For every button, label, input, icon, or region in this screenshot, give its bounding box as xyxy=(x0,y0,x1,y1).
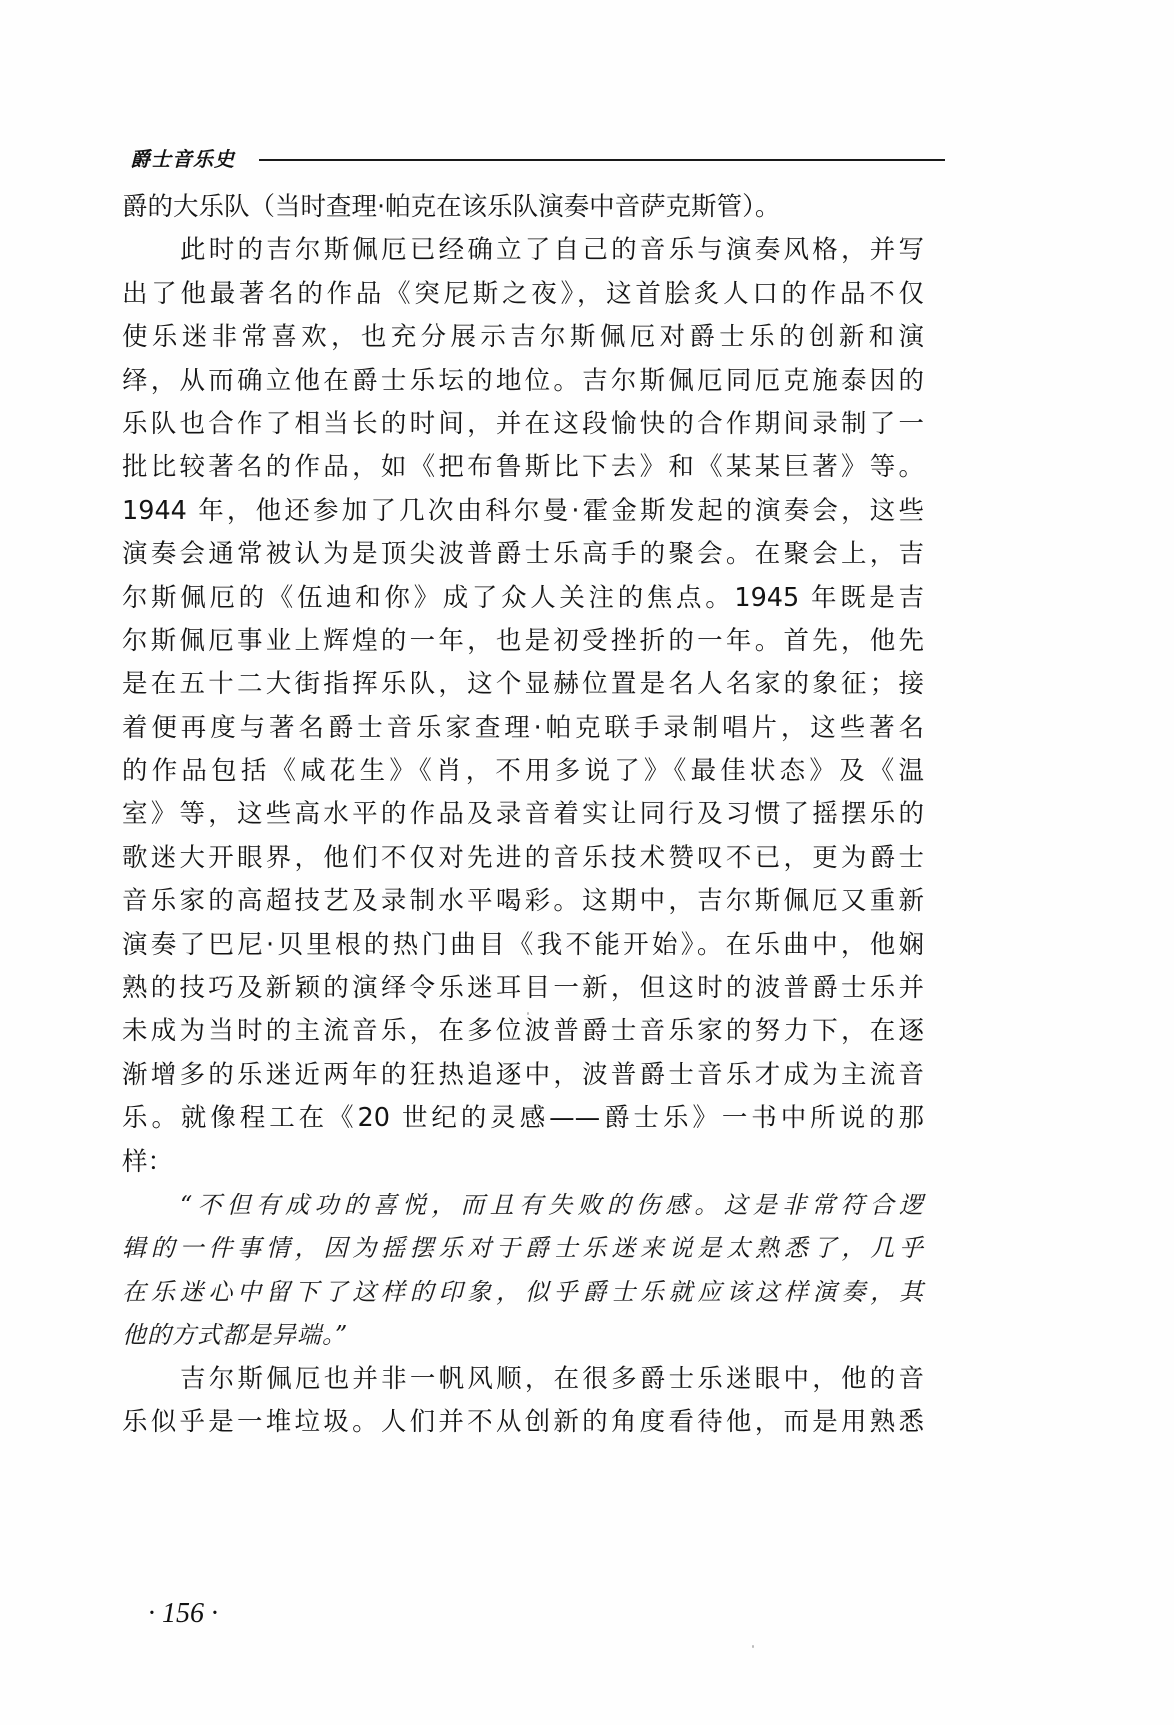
text-line: 的作品包括《咸花生》《肖，不用多说了》《最佳状态》及《温 xyxy=(122,750,924,793)
running-title: 爵士音乐史 xyxy=(130,143,235,172)
paragraph-start-line: 此时的吉尔斯佩厄已经确立了自己的音乐与演奏风格，并写 xyxy=(122,229,924,272)
text-line: 未成为当时的主流音乐，在多位波普爵士音乐家的努力下，在逐 xyxy=(122,1010,924,1053)
quote-start-line: “不但有成功的喜悦，而且有失败的伤感。这是非常符合逻 xyxy=(122,1184,924,1227)
text-line: 尔斯佩厄事业上辉煌的一年，也是初受挫折的一年。首先，他先 xyxy=(122,620,924,663)
quote-line: 辑的一件事情，因为摇摆乐对于爵士乐迷来说是太熟悉了，几乎 xyxy=(122,1227,924,1270)
text-line: 音乐家的高超技艺及录制水平喝彩。这期中，吉尔斯佩厄又重新 xyxy=(122,880,924,923)
text-line: 出了他最著名的作品《突尼斯之夜》，这首脍炙人口的作品不仅 xyxy=(122,273,924,316)
text-line: 使乐迷非常喜欢，也充分展示吉尔斯佩厄对爵士乐的创新和演 xyxy=(122,316,924,359)
text-line: 渐增多的乐迷近两年的狂热追逐中，波普爵士音乐才成为主流音 xyxy=(122,1054,924,1097)
text-line: 乐队也合作了相当长的时间，并在这段愉快的合作期间录制了一 xyxy=(122,403,924,446)
scan-speck xyxy=(527,1012,529,1015)
text-line: 尔斯佩厄的《伍迪和你》成了众人关注的焦点。1945 年既是吉 xyxy=(122,577,924,620)
text-line: 是在五十二大街指挥乐队，这个显赫位置是名人名家的象征；接 xyxy=(122,663,924,706)
text-line: 演奏会通常被认为是顶尖波普爵士乐高手的聚会。在聚会上，吉 xyxy=(122,533,924,576)
text-line: 熟的技巧及新颖的演绎令乐迷耳目一新，但这时的波普爵士乐并 xyxy=(122,967,924,1010)
paragraph-start-line: 吉尔斯佩厄也并非一帆风顺，在很多爵士乐迷眼中，他的音 xyxy=(122,1358,924,1401)
header-rule xyxy=(259,159,945,161)
text-line: 样： xyxy=(122,1141,924,1184)
body-text: 爵的大乐队（当时查理·帕克在该乐队演奏中音萨克斯管）。 此时的吉尔斯佩厄已经确立… xyxy=(122,186,924,1444)
book-page: 爵士音乐史 爵的大乐队（当时查理·帕克在该乐队演奏中音萨克斯管）。 此时的吉尔斯… xyxy=(0,0,1174,1725)
text-line: 演奏了巴尼·贝里根的热门曲目《我不能开始》。在乐曲中，他娴 xyxy=(122,924,924,967)
text-line: 歌迷大开眼界，他们不仅对先进的音乐技术赞叹不已，更为爵士 xyxy=(122,837,924,880)
text-line: 着便再度与著名爵士音乐家查理·帕克联手录制唱片，这些著名 xyxy=(122,707,924,750)
text-line: 爵的大乐队（当时查理·帕克在该乐队演奏中音萨克斯管）。 xyxy=(122,186,924,229)
text-line: 1944 年，他还参加了几次由科尔曼·霍金斯发起的演奏会，这些 xyxy=(122,490,924,533)
text-line: 批比较著名的作品，如《把布鲁斯比下去》和《某某巨著》等。 xyxy=(122,446,924,489)
text-line: 绎，从而确立他在爵士乐坛的地位。吉尔斯佩厄同厄克施泰因的 xyxy=(122,360,924,403)
quote-end-line: 他的方式都是异端。” xyxy=(122,1314,924,1357)
page-number: · 156 · xyxy=(148,1598,218,1630)
quote-line: 在乐迷心中留下了这样的印象，似乎爵士乐就应该这样演奏，其 xyxy=(122,1271,924,1314)
text-line: 乐似乎是一堆垃圾。人们并不从创新的角度看待他，而是用熟悉 xyxy=(122,1401,924,1444)
scan-speck xyxy=(752,1645,754,1648)
text-line: 室》等，这些高水平的作品及录音着实让同行及习惯了摇摆乐的 xyxy=(122,793,924,836)
text-line: 乐。就像程工在《20 世纪的灵感——爵士乐》一书中所说的那 xyxy=(122,1097,924,1140)
running-header: 爵士音乐史 xyxy=(130,140,945,174)
